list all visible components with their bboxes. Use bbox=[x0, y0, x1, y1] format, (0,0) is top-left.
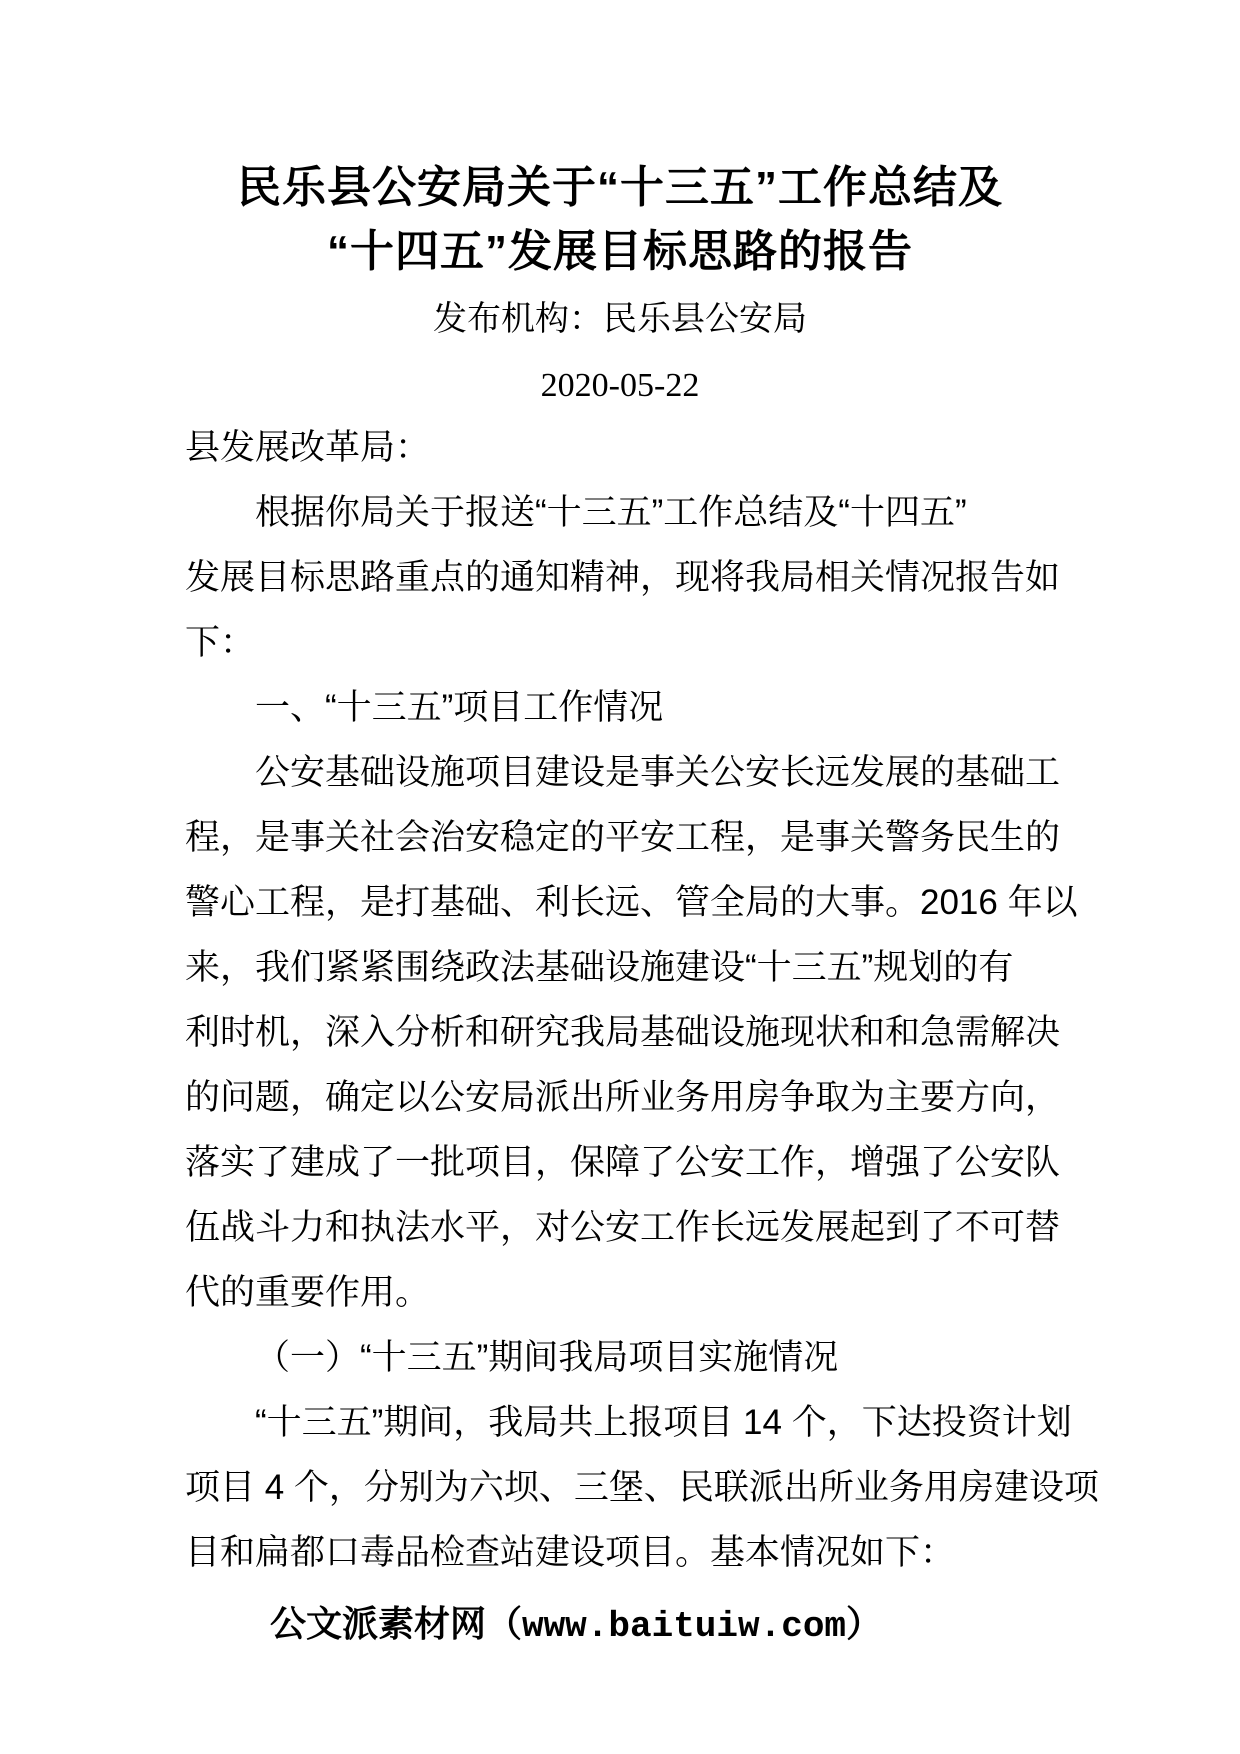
body-line: 项目 4 个，分别为六坝、三堡、民联派出所业务用房建设项 bbox=[185, 1455, 1065, 1520]
title-line-1: 民乐县公安局关于“十三五”工作总结及 bbox=[0, 156, 1240, 220]
page-title: 民乐县公安局关于“十三五”工作总结及 “十四五”发展目标思路的报告 bbox=[0, 156, 1240, 284]
publisher-line: 发布机构：民乐县公安局 bbox=[0, 295, 1240, 343]
watermark-footer: 公文派素材网（www.baituiw.com） bbox=[0, 1594, 1196, 1659]
body-line: 下： bbox=[185, 610, 1065, 675]
body-line: 落实了建成了一批项目，保障了公安工作，增强了公安队 bbox=[185, 1130, 1065, 1195]
title-line-2: “十四五”发展目标思路的报告 bbox=[0, 220, 1240, 284]
body-line: 公安基础设施项目建设是事关公安长远发展的基础工 bbox=[185, 740, 1065, 805]
body-line: 程，是事关社会治安稳定的平安工程，是事关警务民生的 bbox=[185, 805, 1065, 870]
body-line: 县发展改革局： bbox=[185, 415, 1065, 480]
date-line: 2020-05-22 bbox=[0, 362, 1240, 410]
body-line: “十三五”期间，我局共上报项目 14 个，下达投资计划 bbox=[185, 1390, 1065, 1455]
document-body: 县发展改革局： 根据你局关于报送“十三五”工作总结及“十四五” 发展目标思路重点… bbox=[185, 415, 1065, 1585]
document-page: 民乐县公安局关于“十三五”工作总结及 “十四五”发展目标思路的报告 发布机构：民… bbox=[0, 0, 1240, 1754]
body-line: 发展目标思路重点的通知精神，现将我局相关情况报告如 bbox=[185, 545, 1065, 610]
body-line: 伍战斗力和执法水平，对公安工作长远发展起到了不可替 bbox=[185, 1195, 1065, 1260]
body-line: 目和扁都口毒品检查站建设项目。基本情况如下： bbox=[185, 1520, 1065, 1585]
body-line: 根据你局关于报送“十三五”工作总结及“十四五” bbox=[185, 480, 1065, 545]
body-line: 警心工程，是打基础、利长远、管全局的大事。2016 年以 bbox=[185, 870, 1065, 935]
section-heading: 一、“十三五”项目工作情况 bbox=[185, 675, 1065, 740]
body-line: 利时机，深入分析和研究我局基础设施现状和和急需解决 bbox=[185, 1000, 1065, 1065]
body-line: 来，我们紧紧围绕政法基础设施建设“十三五”规划的有 bbox=[185, 935, 1065, 1000]
body-line: 的问题，确定以公安局派出所业务用房争取为主要方向， bbox=[185, 1065, 1065, 1130]
subsection-heading: （一）“十三五”期间我局项目实施情况 bbox=[185, 1325, 1065, 1390]
body-line: 代的重要作用。 bbox=[185, 1260, 1065, 1325]
